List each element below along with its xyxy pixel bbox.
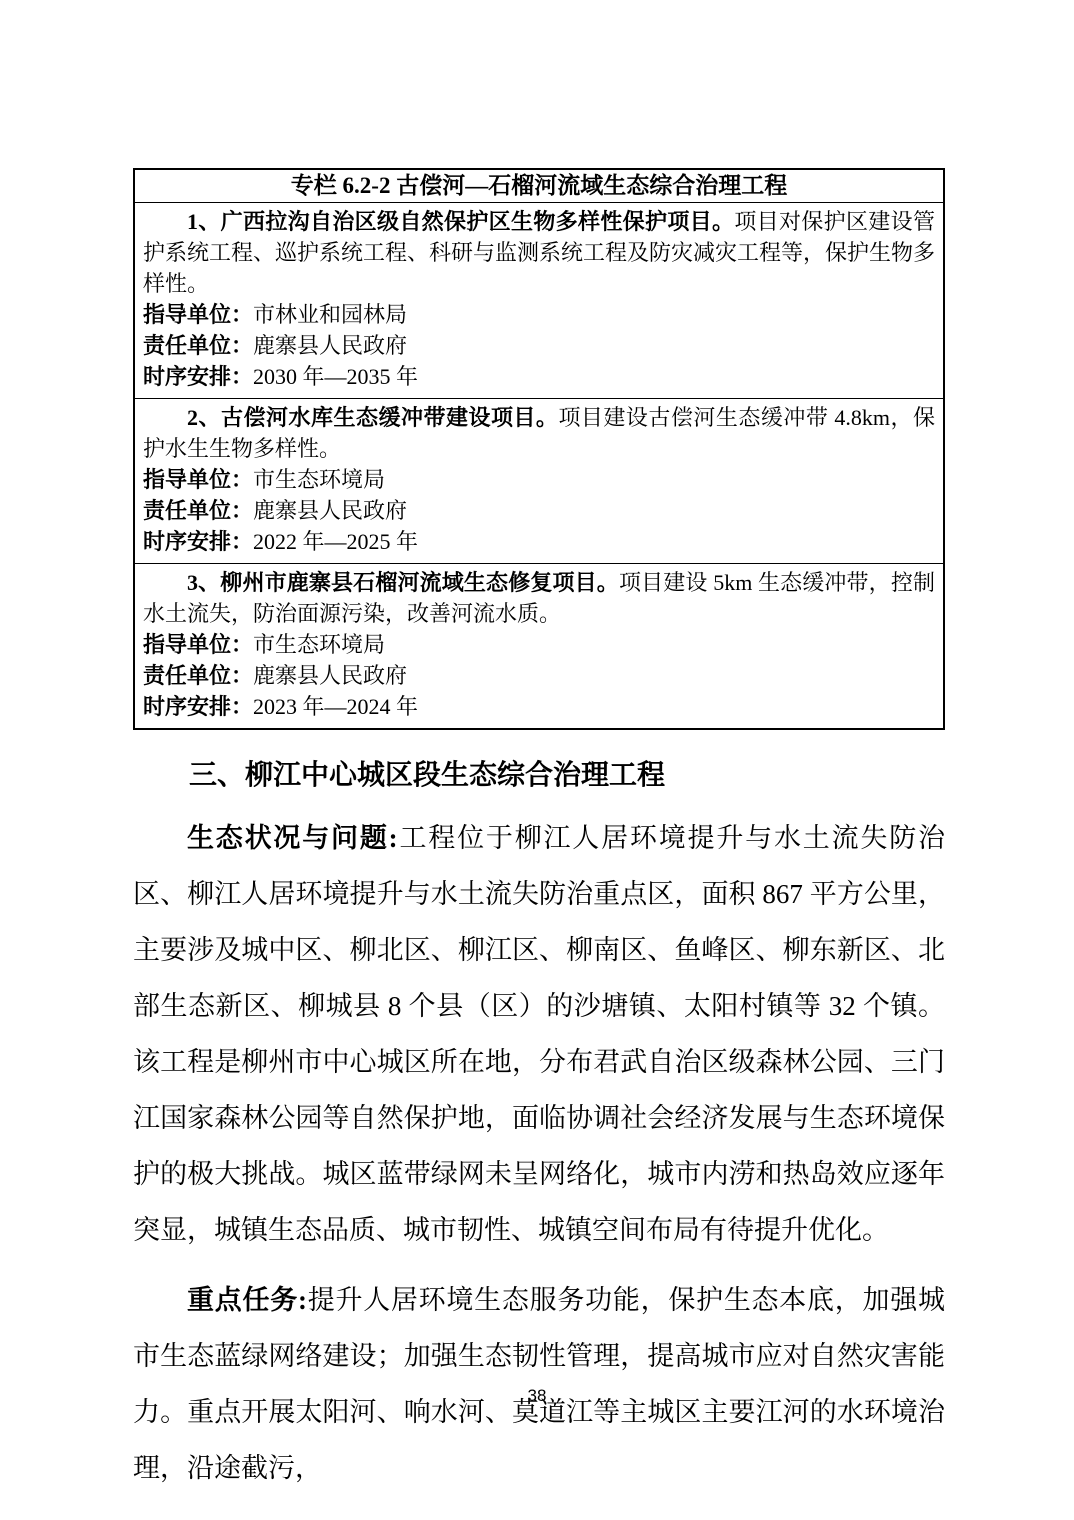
project-box-table: 专栏 6.2-2 古偿河—石榴河流域生态综合治理工程 1、广西拉沟自治区级自然保… xyxy=(133,168,945,730)
schedule-value: 2022 年—2025 年 xyxy=(253,529,418,554)
box-title: 专栏 6.2-2 古偿河—石榴河流域生态综合治理工程 xyxy=(135,170,943,202)
project-row-3: 3、柳州市鹿寨县石榴河流域生态修复项目。项目建设 5km 生态缓冲带，控制水土流… xyxy=(135,563,943,728)
guide-unit-value: 市生态环境局 xyxy=(253,467,385,492)
responsible-unit-line: 责任单位：鹿寨县人民政府 xyxy=(143,330,935,361)
schedule-label: 时序安排： xyxy=(143,694,253,719)
schedule-label: 时序安排： xyxy=(143,529,253,554)
guide-unit-value: 市林业和园林局 xyxy=(253,302,407,327)
guide-unit-value: 市生态环境局 xyxy=(253,632,385,657)
page-number: 38 xyxy=(0,1386,1074,1406)
project-name: 2、古偿河水库生态缓冲带建设项目。 xyxy=(187,405,558,430)
responsible-unit-line: 责任单位：鹿寨县人民政府 xyxy=(143,660,935,691)
responsible-unit-label: 责任单位： xyxy=(143,663,253,688)
body-paragraph-2: 重点任务:提升人居环境生态服务功能，保护生态本底，加强城市生态蓝绿网络建设；加强… xyxy=(133,1272,945,1496)
responsible-unit-value: 鹿寨县人民政府 xyxy=(253,333,407,358)
schedule-value: 2030 年—2035 年 xyxy=(253,364,418,389)
project-name: 1、广西拉沟自治区级自然保护区生物多样性保护项目。 xyxy=(187,209,734,234)
responsible-unit-label: 责任单位： xyxy=(143,333,253,358)
guide-unit-label: 指导单位： xyxy=(143,632,253,657)
paragraph-text: 工程位于柳江人居环境提升与水土流失防治区、柳江人居环境提升与水土流失防治重点区，… xyxy=(133,823,945,1245)
project-description: 1、广西拉沟自治区级自然保护区生物多样性保护项目。项目对保护区建设管护系统工程、… xyxy=(143,206,935,299)
project-description: 3、柳州市鹿寨县石榴河流域生态修复项目。项目建设 5km 生态缓冲带，控制水土流… xyxy=(143,567,935,629)
project-row-1: 1、广西拉沟自治区级自然保护区生物多样性保护项目。项目对保护区建设管护系统工程、… xyxy=(135,202,943,398)
responsible-unit-value: 鹿寨县人民政府 xyxy=(253,663,407,688)
guide-unit-line: 指导单位：市生态环境局 xyxy=(143,464,935,495)
document-page: { "page": { "number": "38" }, "box": { "… xyxy=(0,0,1074,1520)
responsible-unit-line: 责任单位：鹿寨县人民政府 xyxy=(143,495,935,526)
responsible-unit-value: 鹿寨县人民政府 xyxy=(253,498,407,523)
responsible-unit-label: 责任单位： xyxy=(143,498,253,523)
schedule-line: 时序安排：2023 年—2024 年 xyxy=(143,691,935,722)
schedule-value: 2023 年—2024 年 xyxy=(253,694,418,719)
guide-unit-line: 指导单位：市林业和园林局 xyxy=(143,299,935,330)
schedule-label: 时序安排： xyxy=(143,364,253,389)
page-content: 专栏 6.2-2 古偿河—石榴河流域生态综合治理工程 1、广西拉沟自治区级自然保… xyxy=(133,168,945,1496)
guide-unit-label: 指导单位： xyxy=(143,302,253,327)
project-name: 3、柳州市鹿寨县石榴河流域生态修复项目。 xyxy=(187,570,619,595)
paragraph-lead: 重点任务: xyxy=(187,1285,307,1315)
project-description: 2、古偿河水库生态缓冲带建设项目。项目建设古偿河生态缓冲带 4.8km，保护水生… xyxy=(143,402,935,464)
project-row-2: 2、古偿河水库生态缓冲带建设项目。项目建设古偿河生态缓冲带 4.8km，保护水生… xyxy=(135,398,943,563)
guide-unit-line: 指导单位：市生态环境局 xyxy=(143,629,935,660)
schedule-line: 时序安排：2022 年—2025 年 xyxy=(143,526,935,557)
guide-unit-label: 指导单位： xyxy=(143,467,253,492)
body-paragraph-1: 生态状况与问题:工程位于柳江人居环境提升与水土流失防治区、柳江人居环境提升与水土… xyxy=(133,810,945,1258)
paragraph-lead: 生态状况与问题: xyxy=(187,823,398,853)
schedule-line: 时序安排：2030 年—2035 年 xyxy=(143,361,935,392)
section-heading: 三、柳江中心城区段生态综合治理工程 xyxy=(189,756,945,796)
